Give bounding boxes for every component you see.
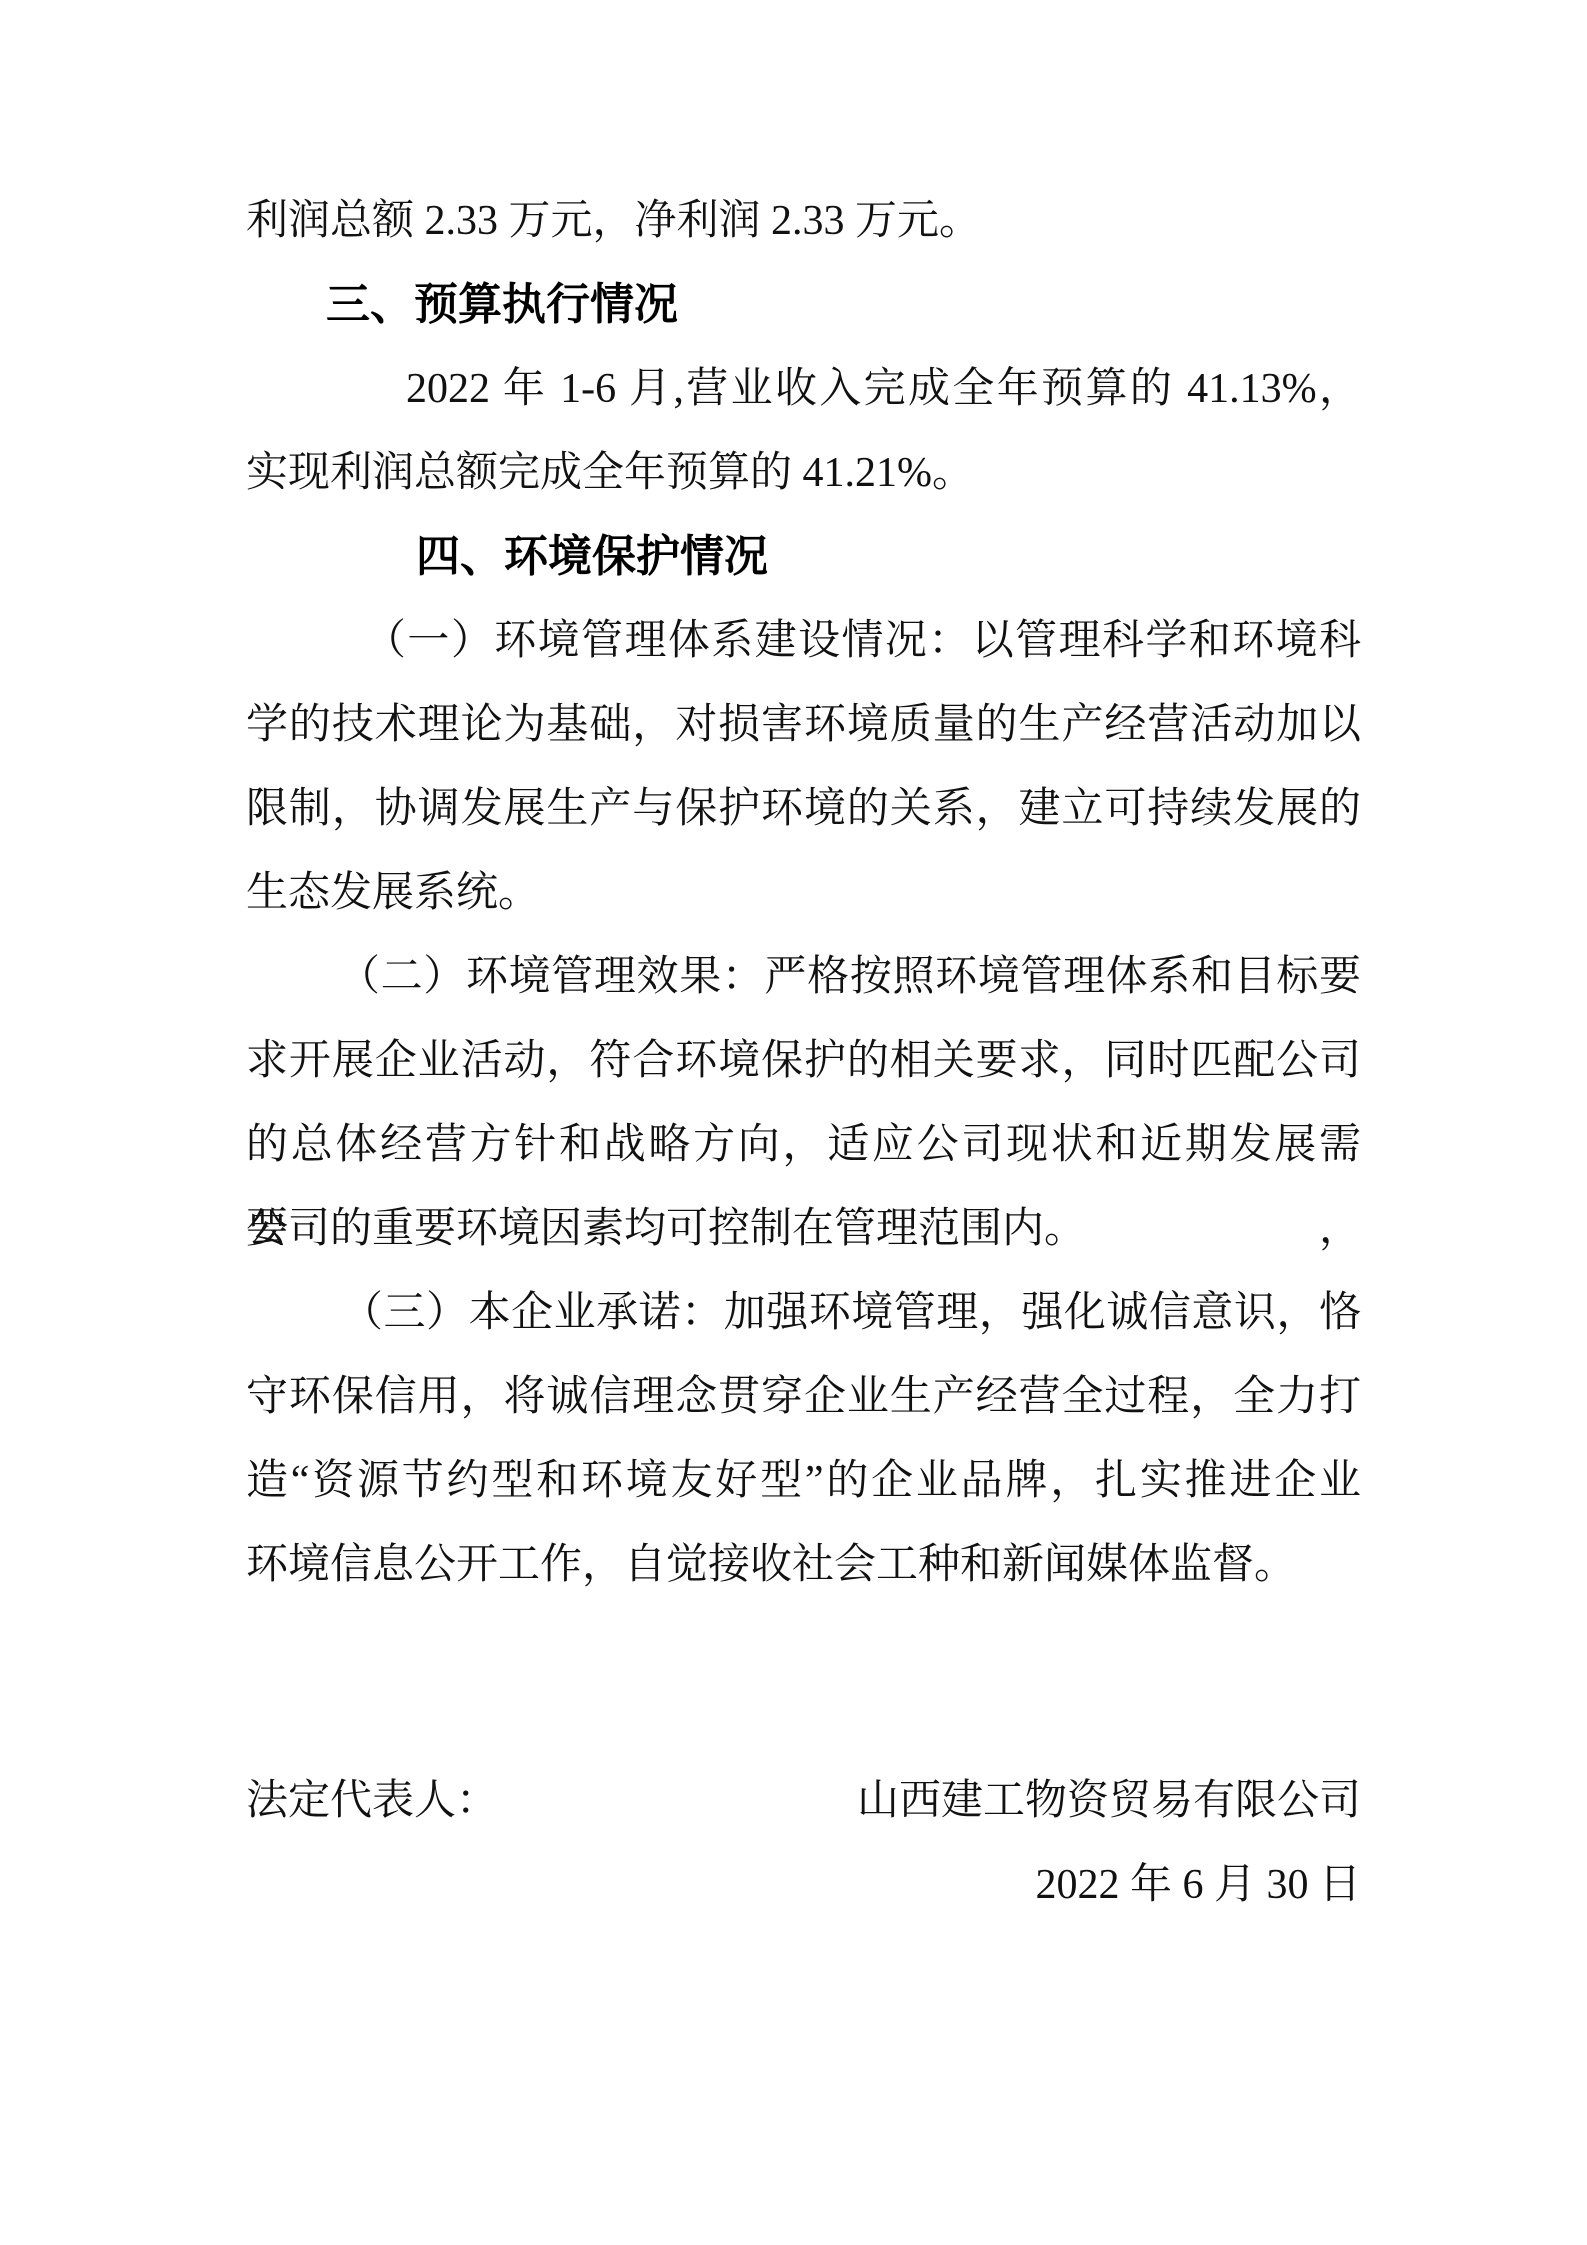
- paragraph-line: 学的技术理论为基础，对损害环境质量的生产经营活动加以: [246, 683, 1361, 767]
- paragraph-line: （一）环境管理体系建设情况：以管理科学和环境科: [246, 599, 1361, 683]
- paragraph-line: 的总体经营方针和战略方向，适应公司现状和近期发展需要，: [246, 1103, 1361, 1187]
- paragraph-line: 环境信息公开工作，自觉接收社会工种和新闻媒体监督。: [246, 1523, 1361, 1607]
- section-heading-environment: 四、环境保护情况: [246, 515, 1361, 599]
- paragraph-line: 限制，协调发展生产与保护环境的关系，建立可持续发展的: [246, 767, 1361, 851]
- section-heading-budget-execution: 三、预算执行情况: [246, 263, 1361, 347]
- signature-date: 2022 年 6 月 30 日: [246, 1843, 1361, 1927]
- company-name: 山西建工物资贸易有限公司: [857, 1759, 1361, 1843]
- document-page: 利润总额 2.33 万元，净利润 2.33 万元。 三、预算执行情况 2022 …: [0, 0, 1587, 2245]
- document-content: 利润总额 2.33 万元，净利润 2.33 万元。 三、预算执行情况 2022 …: [246, 179, 1361, 1927]
- profit-summary-line: 利润总额 2.33 万元，净利润 2.33 万元。: [246, 179, 1361, 263]
- paragraph-line: （三）本企业承诺：加强环境管理，强化诚信意识，恪: [246, 1271, 1361, 1355]
- legal-representative-label: 法定代表人：: [246, 1759, 498, 1843]
- paragraph-line: 守环保信用，将诚信理念贯穿企业生产经营全过程，全力打: [246, 1355, 1361, 1439]
- paragraph-line: 造“资源节约型和环境友好型”的企业品牌，扎实推进企业: [246, 1439, 1361, 1523]
- paragraph-line: 实现利润总额完成全年预算的 41.21%。: [246, 431, 1361, 515]
- paragraph-line: （二）环境管理效果：严格按照环境管理体系和目标要: [246, 935, 1361, 1019]
- signature-row: 法定代表人： 山西建工物资贸易有限公司: [246, 1759, 1361, 1843]
- paragraph-line: 2022 年 1-6 月,营业收入完成全年预算的 41.13%，: [246, 347, 1361, 431]
- paragraph-line: 生态发展系统。: [246, 851, 1361, 935]
- paragraph-line: 求开展企业活动，符合环境保护的相关要求，同时匹配公司: [246, 1019, 1361, 1103]
